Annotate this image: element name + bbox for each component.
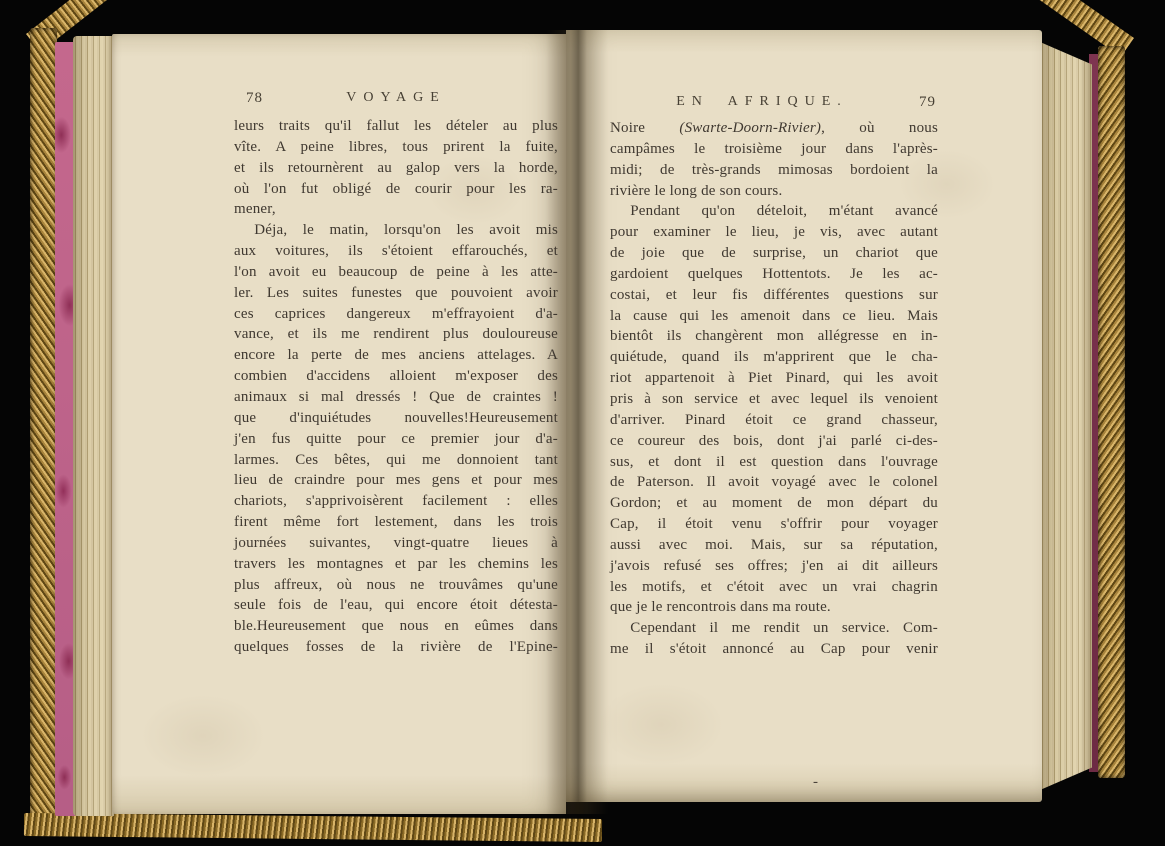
text-line: vance, et ils me rendirent plus douloure…	[234, 324, 558, 345]
right-page-header: EN AFRIQUE. 79	[610, 94, 938, 114]
text-line: animaux si mal dressés ! Que de craintes…	[234, 387, 558, 408]
text-line: ce coureur des bois, dont j'ai parlé ci-…	[610, 431, 938, 452]
text-line: pour examiner le lieu, je vis, avec auta…	[610, 222, 938, 243]
text-line: d'arriver. Pinard étoit ce grand chasseu…	[610, 410, 938, 431]
gilt-board-edge-left	[30, 28, 57, 830]
text-line: Cap, il étoit venu s'offrir pour voyager	[610, 514, 938, 535]
text-line: chariots, s'apprivoisèrent facilement : …	[234, 491, 558, 512]
text-line: journées suivantes, vingt-quatre lieues …	[234, 533, 558, 554]
text-line: travers les montagnes et par les chemins…	[234, 554, 558, 575]
text-line: combien d'accidens alloient m'exposer de…	[234, 366, 558, 387]
text-line: Déja, le matin, lorsqu'on les avoit mis	[234, 220, 558, 241]
text-line: et ils retournèrent au galop vers la hor…	[234, 158, 558, 179]
text-line: la cause qui les amenoit dans ce lieu. M…	[610, 306, 938, 327]
text-line: ces caprices dangereux m'effrayoient d'a…	[234, 304, 558, 325]
gilt-board-edge-bottom	[24, 813, 602, 842]
text-line: ler. Les suites funestes que pouvoient a…	[234, 283, 558, 304]
text-line: campâmes le troisième jour dans l'après-	[610, 139, 938, 160]
text-line: leurs traits qu'il fallut les dételer au…	[234, 116, 558, 137]
text-line: que je le rencontrois dans ma route.	[610, 597, 938, 618]
running-head: VOYAGE	[234, 90, 558, 106]
text-segment: Noire	[610, 120, 679, 136]
text-line: midi; de très-grands mimosas bordoient l…	[610, 160, 938, 181]
text-line: Noire (Swarte-Doorn-Rivier), où nous	[610, 118, 938, 139]
text-line: mener,	[234, 199, 558, 220]
text-line: l'on avoit eu beaucoup de peine à les at…	[234, 262, 558, 283]
text-line: aussi avec moi. Mais, sur sa réputation,	[610, 535, 938, 556]
left-page-header: 78 VOYAGE	[234, 90, 558, 110]
page-number: 78	[246, 90, 263, 107]
italic-text: (Swarte-Doorn-Rivier)	[679, 120, 821, 136]
gilt-board-edge-right	[1098, 46, 1125, 778]
text-line: me il s'étoit annoncé au Cap pour venir	[610, 639, 938, 660]
text-line: les motifs, et c'étoit avec un vrai chag…	[610, 577, 938, 598]
text-line: ble.Heureusement que nous en eûmes dans	[234, 616, 558, 637]
text-line: vîte. A peine libres, tous prirent la fu…	[234, 137, 558, 158]
left-page-text-block: leurs traits qu'il fallut les dételer au…	[234, 116, 558, 658]
text-line: de Paterson. Il avoit voyagé avec le col…	[610, 472, 938, 493]
text-line: quiétude, quand ils m'apprirent que le c…	[610, 347, 938, 368]
text-line: costai, et leur fis différentes question…	[610, 285, 938, 306]
book-photo: 78 VOYAGE leurs traits qu'il fallut les …	[0, 0, 1165, 846]
text-line: riot appartenoit à Piet Pinard, qui les …	[610, 368, 938, 389]
text-line: bientôt ils changèrent mon allégresse en…	[610, 326, 938, 347]
text-line: pris à son service et avec lequel ils ve…	[610, 389, 938, 410]
text-line: quelques fosses de la rivière de l'Epine…	[234, 637, 558, 658]
text-line: gardoient quelques Hottentots. Je les ac…	[610, 264, 938, 285]
text-line: seule fois de l'eau, qui encore étoit dé…	[234, 595, 558, 616]
running-head: EN AFRIQUE.	[598, 94, 926, 110]
text-line: aux voitures, ils s'étoient effarouchés,…	[234, 241, 558, 262]
text-line: lieu de craindre pour mes gens et pour m…	[234, 470, 558, 491]
text-line: j'en fus quitte pour ce premier jour d'a…	[234, 429, 558, 450]
signature-mark: -	[813, 774, 818, 791]
page-number: 79	[919, 94, 936, 111]
text-line: Gordon; et au moment de mon départ du	[610, 493, 938, 514]
page-fore-edge-left	[73, 36, 114, 816]
text-line: où l'on fut obligé de courir pour les ra…	[234, 179, 558, 200]
text-line: Cependant il me rendit un service. Com-	[610, 618, 938, 639]
text-line: plus affreux, où nous ne trouvâmes qu'un…	[234, 575, 558, 596]
page-fore-edge-right	[1040, 42, 1092, 790]
text-line: de joie que de surprise, un chariot que	[610, 243, 938, 264]
text-line: Pendant qu'on dételoit, m'étant avancé	[610, 201, 938, 222]
text-segment: , où nous	[821, 120, 938, 136]
text-line: larmes. Ces bêtes, qui me donnoient tant	[234, 450, 558, 471]
text-line: j'avois refusé ses offres; j'en ai dit a…	[610, 556, 938, 577]
text-line: rivière le long de son cours.	[610, 181, 938, 202]
text-line: que d'inquiétudes nouvelles!Heureusement	[234, 408, 558, 429]
right-page-text-block: Noire (Swarte-Doorn-Rivier), où nouscamp…	[610, 118, 938, 660]
text-line: firent même fort lestement, dans les tro…	[234, 512, 558, 533]
text-line: sus, et dont il est question dans l'ouvr…	[610, 452, 938, 473]
text-line: encore la perte de mes anciens attelages…	[234, 345, 558, 366]
